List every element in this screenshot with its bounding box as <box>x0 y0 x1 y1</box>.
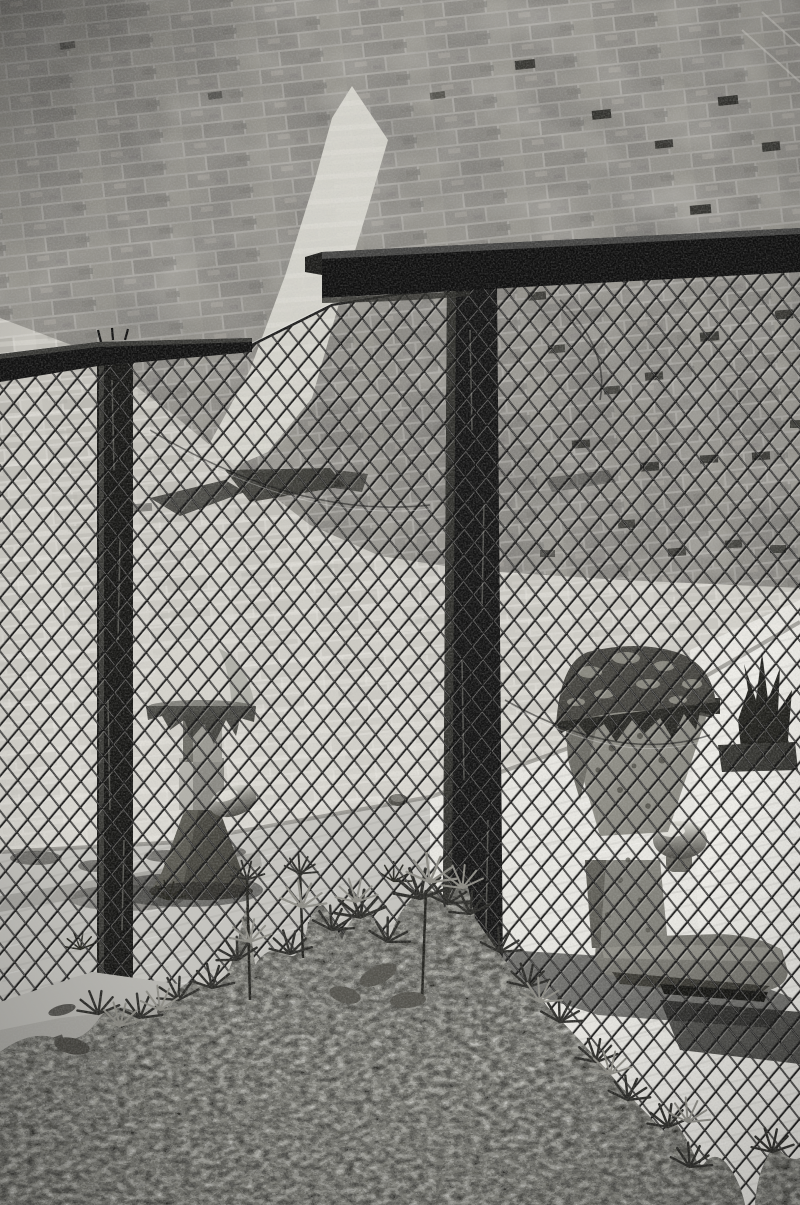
photograph <box>0 0 800 1205</box>
photo-canvas <box>0 0 800 1205</box>
film-grain <box>0 0 800 1205</box>
